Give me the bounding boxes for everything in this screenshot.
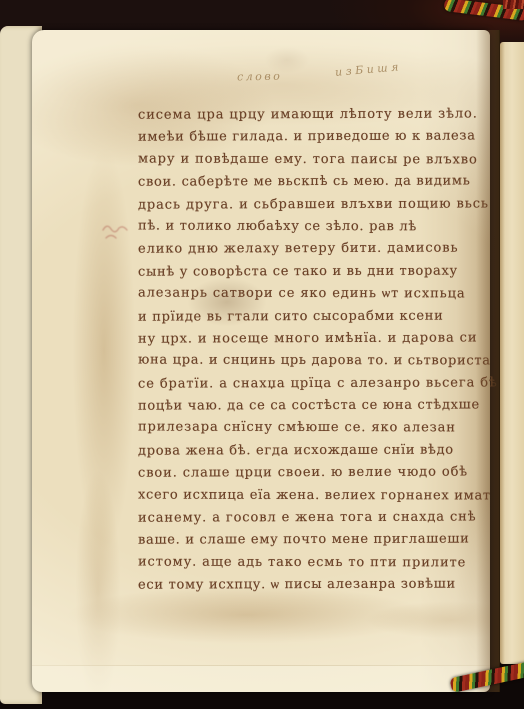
gutter-shadow <box>476 30 500 692</box>
text-line: алезанрь сатвори се яко единь ѡт исхпьца <box>138 283 514 306</box>
text-line: се братїи. а снахџа црїца с алезанро вьс… <box>138 372 514 396</box>
margin-scribble-mark <box>100 220 130 248</box>
text-line: еси тому исхпцу. ѡ писы алезанра зовѣши <box>138 574 514 598</box>
text-line: елико дню желаху ветеру бити. дамисовь <box>138 238 514 262</box>
text-block: сисема цра црцу имающи лѣпоту вели зѣло.… <box>138 104 514 597</box>
scribble-icon <box>100 220 130 244</box>
text-line: свои. саберѣте ме вьскпѣ сь мею. да види… <box>138 171 514 195</box>
text-line: мару и повѣдаше ему. тога паисы ре влъхв… <box>138 148 514 171</box>
text-line: исанему. а госовл е жена тога и снахда с… <box>138 506 514 530</box>
header-annotation-left: слово <box>237 70 283 84</box>
text-line: дрась друга. и сьбравшеи влъхви пощию вь… <box>138 193 514 217</box>
manuscript-page: слово изБишя сисема цра црцу имающи лѣпо… <box>32 30 490 692</box>
text-line: прилезара снїсну смѣюше се. яко алезан <box>138 417 514 440</box>
text-line: сисема цра црцу имающи лѣпоту вели зѣло. <box>138 103 514 127</box>
text-line: сынѣ у соворѣста се тако и вь дни творах… <box>138 260 514 284</box>
binding-corner-fabric <box>503 0 524 9</box>
facing-page-sliver <box>500 42 524 664</box>
text-line: и прїиде вь гтали сито сысорабми ксени <box>138 305 514 329</box>
text-line: имеѣи бѣше гилада. и приведоше ю к валез… <box>138 126 514 150</box>
text-line: хсего исхпица еїа жена. велиех горнанех … <box>138 484 514 507</box>
header-annotation-right: изБишя <box>335 60 403 79</box>
text-line: ну црх. и носеще много имѣнїа. и дарова … <box>138 327 514 351</box>
text-line: юна цра. и снцинь црь дарова то. и сьтво… <box>138 350 514 373</box>
text-line: дрова жена бѣ. егда исхождаше снїи вѣдо <box>138 439 514 463</box>
text-line: ваше. и слаше ему почто мене приглашеши <box>138 529 514 553</box>
text-line: свои. слаше црци своеи. ю велие чюдо обѣ <box>138 462 514 486</box>
manuscript-photo: слово изБишя сисема цра црцу имающи лѣпо… <box>0 0 524 709</box>
text-line: пѣ. и толико любаѣху се зѣло. рав лѣ <box>138 215 514 238</box>
text-line: поцѣи чаю. да се са состѣста се юна стѣд… <box>138 394 514 418</box>
text-line: истому. аще адь тако есмь то пти прилите <box>138 551 514 574</box>
